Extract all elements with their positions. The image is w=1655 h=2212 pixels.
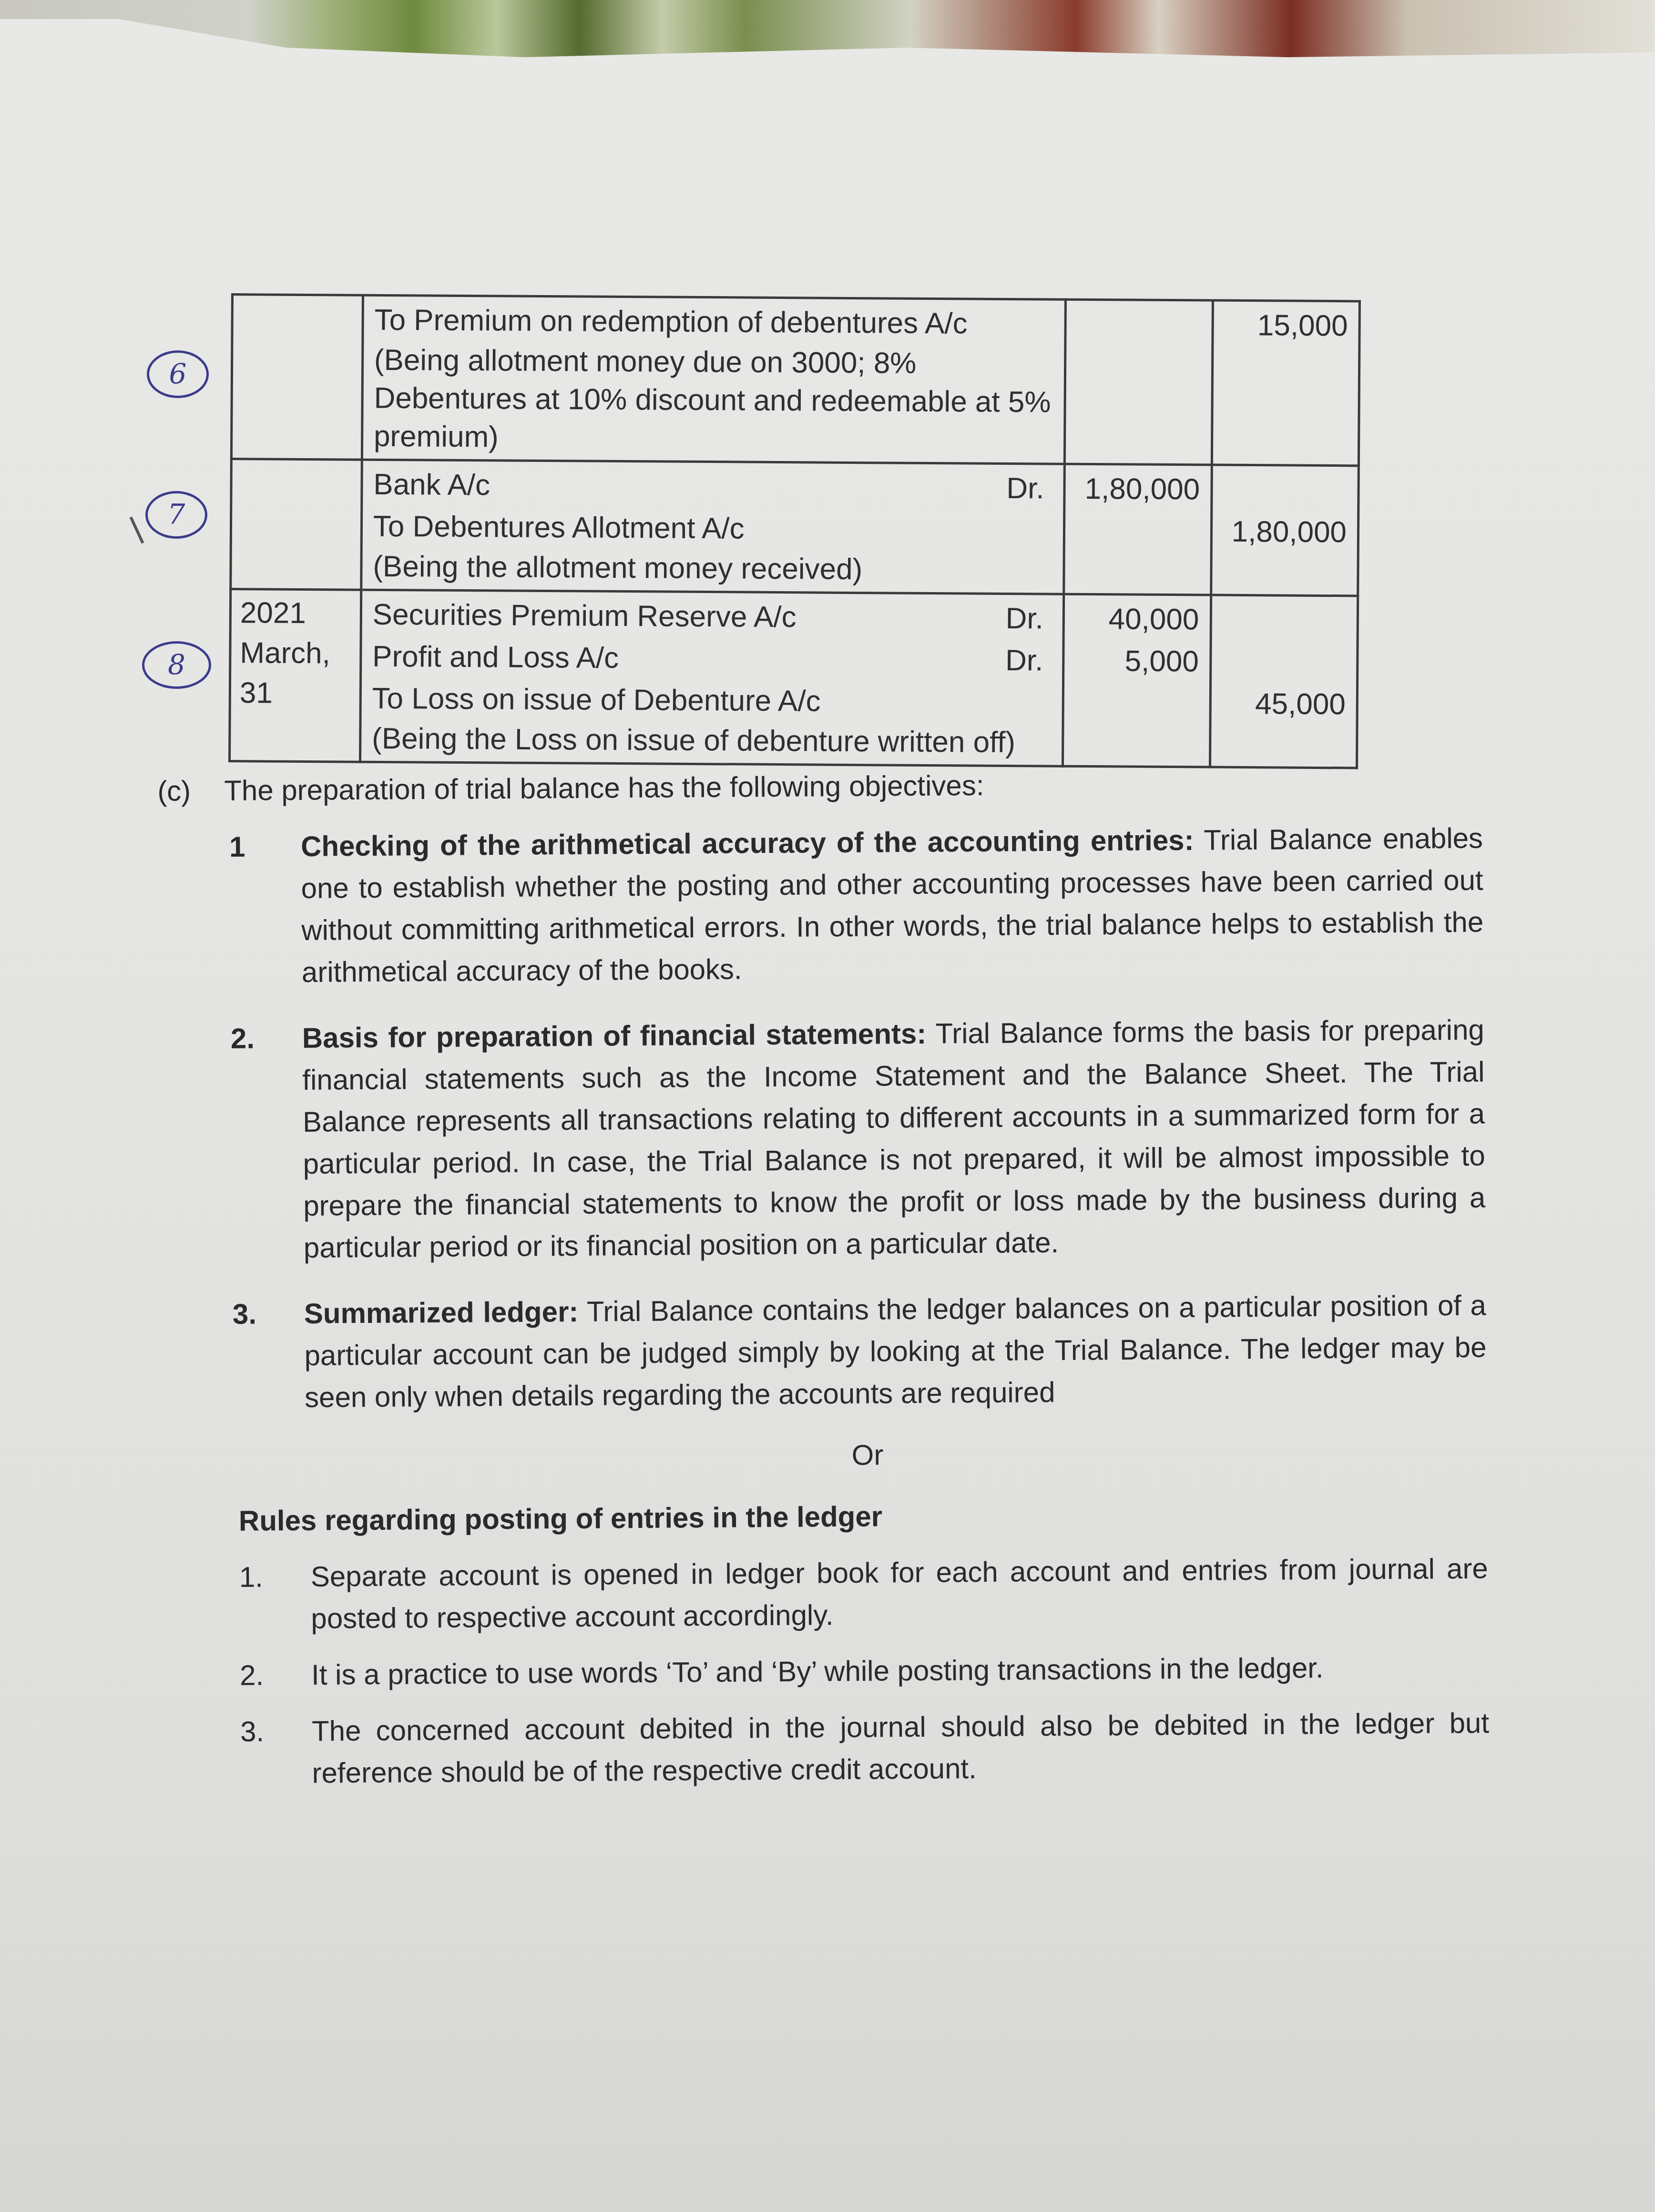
credit-amount xyxy=(1222,641,1346,684)
date-month: March, xyxy=(240,633,349,674)
journal-entry: To Premium on redemption of debentures A… xyxy=(231,295,1359,466)
item-heading: Checking of the arithmetical accuracy of… xyxy=(301,824,1194,862)
item-number: 2. xyxy=(231,1017,304,1270)
credit-cell: 15,000 xyxy=(1212,300,1360,466)
account-line: To Debentures Allotment A/c xyxy=(373,506,745,550)
margin-mark-7: 7 xyxy=(145,491,207,539)
credit-cell: 1,80,000 xyxy=(1211,465,1359,596)
narration: (Being the Loss on issue of debenture wr… xyxy=(372,720,1052,762)
debit-amount: 5,000 xyxy=(1075,640,1199,683)
item-text: The concerned account debited in the jou… xyxy=(312,1702,1490,1794)
account-line: To Premium on redemption of debentures A… xyxy=(374,299,968,345)
dr-mark xyxy=(1044,510,1053,552)
section-intro-text: The preparation of trial balance has the… xyxy=(224,769,984,807)
date-cell: 2021 March, 31 xyxy=(230,589,361,762)
item-number: 3. xyxy=(240,1710,312,1795)
narration: (Being the allotment money received) xyxy=(373,548,1052,590)
credit-amount: 1,80,000 xyxy=(1223,511,1347,554)
debit-amount xyxy=(1077,304,1201,347)
debit-cell: 1,80,000 xyxy=(1064,464,1212,595)
debit-amount xyxy=(1076,510,1200,553)
section-label: (c) xyxy=(157,774,224,808)
account-line: Profit and Loss A/c xyxy=(372,636,619,679)
particulars-cell: Bank A/c Dr. To Debentures Allotment A/c… xyxy=(361,460,1065,594)
date-year: 2021 xyxy=(240,593,349,634)
debit-cell xyxy=(1064,299,1213,465)
journal-entry: 2021 March, 31 Securities Premium Reserv… xyxy=(230,589,1358,768)
journal-table: To Premium on redemption of debentures A… xyxy=(228,293,1361,769)
rule-item: 3. The concerned account debited in the … xyxy=(240,1702,1490,1795)
date-cell xyxy=(231,295,363,460)
objective-item: 3. Summarized ledger: Trial Balance cont… xyxy=(233,1285,1487,1419)
item-number: 1. xyxy=(239,1556,311,1640)
objective-item: 1 Checking of the arithmetical accuracy … xyxy=(229,818,1484,994)
account-line: To Loss on issue of Debenture A/c xyxy=(372,678,820,723)
debit-cell: 40,000 5,000 xyxy=(1063,594,1211,767)
credit-cell: 45,000 xyxy=(1210,595,1358,768)
debit-amount xyxy=(1075,682,1199,725)
answer-body: (c) The preparation of trial balance has… xyxy=(157,766,1490,1810)
margin-mark-8: 8 xyxy=(142,641,211,689)
credit-amount xyxy=(1223,469,1347,512)
rule-item: 1. Separate account is opened in ledger … xyxy=(239,1548,1488,1640)
credit-amount xyxy=(1222,599,1346,642)
debit-amount: 40,000 xyxy=(1075,598,1199,641)
rules-title: Rules regarding posting of entries in th… xyxy=(239,1496,1488,1537)
item-number: 3. xyxy=(233,1293,305,1419)
account-line: Securities Premium Reserve A/c xyxy=(372,594,796,638)
particulars-cell: Securities Premium Reserve A/c Dr. Profi… xyxy=(360,590,1063,766)
item-number: 2. xyxy=(240,1654,312,1697)
dr-mark xyxy=(1045,303,1054,345)
dr-mark: Dr. xyxy=(1005,640,1052,682)
objective-item: 2. Basis for preparation of financial st… xyxy=(231,1009,1486,1270)
item-heading: Basis for preparation of financial state… xyxy=(302,1018,927,1054)
item-text: Separate account is opened in ledger boo… xyxy=(310,1548,1488,1640)
rules-section: Rules regarding posting of entries in th… xyxy=(163,1496,1490,1795)
dr-mark: Dr. xyxy=(1005,598,1052,640)
particulars-cell: To Premium on redemption of debentures A… xyxy=(362,295,1065,464)
margin-mark-6: 6 xyxy=(147,350,209,398)
rule-item: 2. It is a practice to use words ‘To’ an… xyxy=(240,1646,1489,1697)
account-line: Bank A/c xyxy=(373,464,490,506)
item-text: It is a practice to use words ‘To’ and ‘… xyxy=(311,1646,1489,1696)
dr-mark xyxy=(1043,682,1052,724)
date-day: 31 xyxy=(240,673,349,714)
dr-mark: Dr. xyxy=(1006,468,1053,510)
or-separator: Or xyxy=(162,1434,1487,1476)
credit-amount: 15,000 xyxy=(1224,305,1348,348)
credit-amount: 45,000 xyxy=(1222,683,1346,726)
journal-entry: Bank A/c Dr. To Debentures Allotment A/c… xyxy=(231,459,1359,596)
date-cell xyxy=(231,459,362,590)
debit-amount: 1,80,000 xyxy=(1076,468,1200,511)
narration: (Being allotment money due on 3000; 8% D… xyxy=(374,341,1054,460)
item-number: 1 xyxy=(229,826,302,994)
item-heading: Summarized ledger: xyxy=(304,1296,579,1330)
